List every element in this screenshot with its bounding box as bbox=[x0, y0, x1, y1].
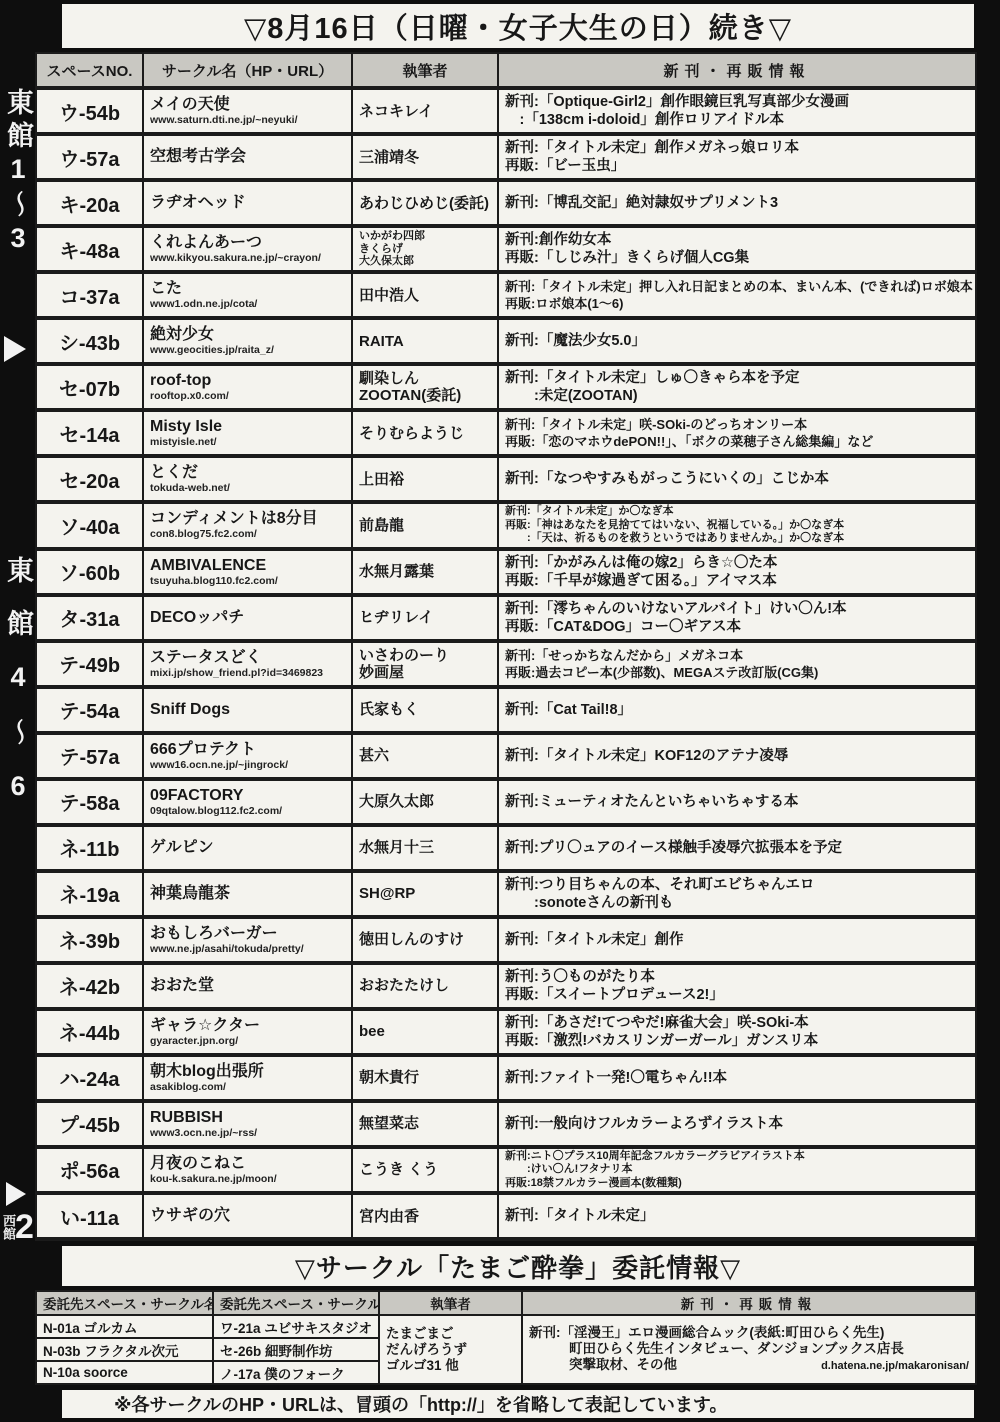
author-name: 無望菜志 bbox=[359, 1115, 491, 1132]
info-cell: 新刊:う〇ものがたり本再販:「スイートプロデュース2!」 bbox=[498, 963, 976, 1009]
table-row: い-11a ウサギの穴 宮内由香 新刊:「タイトル未定」 bbox=[36, 1193, 976, 1239]
circle-name: 09FACTORY bbox=[150, 787, 345, 805]
circle-url: mistyisle.net/ bbox=[150, 436, 345, 448]
author-name: 大久保太郎 bbox=[359, 255, 491, 268]
author-cell: 上田裕 bbox=[352, 456, 498, 502]
circle-name: ギャラ☆クター bbox=[150, 1017, 345, 1035]
header-cell-circle: サークル名（HP・URL） bbox=[143, 53, 352, 88]
table-row: ネ-42b おおた堂 おおたたけし 新刊:う〇ものがたり本再販:「スイートプロデ… bbox=[36, 963, 976, 1009]
author-name: ネコキレイ bbox=[359, 103, 491, 120]
space-no: セ-14a bbox=[36, 410, 143, 456]
header-cell-author: 執筆者 bbox=[352, 53, 498, 88]
circle-name: DECOッパチ bbox=[150, 609, 345, 627]
space-no: ソ-40a bbox=[36, 502, 143, 549]
info-line: 新刊:「タイトル未定」押し入れ日記まとめの本、まいん本、(できれば)ロボ娘本 bbox=[505, 278, 969, 295]
author-name: きくらげ bbox=[359, 243, 491, 256]
circle-name: ステータスどく bbox=[150, 649, 345, 667]
circle-name: こた bbox=[150, 280, 345, 298]
author-cell: RAITA bbox=[352, 318, 498, 364]
info-line: 新刊:ファイト一発!〇電ちゃん!!本 bbox=[505, 1069, 969, 1087]
circle-name: AMBIVALENCE bbox=[150, 557, 345, 575]
circle-cell: 月夜のこねこ kou-k.sakura.ne.jp/moon/ bbox=[143, 1147, 352, 1194]
circle-cell: Sniff Dogs bbox=[143, 687, 352, 733]
consign-info-cell: 新刊:「淫漫王」エロ漫画総合ムック(表紙:町田ひらく先生) 町田ひらく先生インタ… bbox=[522, 1315, 976, 1384]
west-hall-number: 2 bbox=[15, 1210, 34, 1244]
circle-name: メイの天使 bbox=[150, 96, 345, 114]
info-cell: 新刊:「博乱交記」絶対隷奴サプリメント3 bbox=[498, 180, 976, 226]
info-line: 新刊:「かがみんは俺の嫁2」らき☆〇た本 bbox=[505, 554, 969, 572]
author-name: 馴染しん bbox=[359, 370, 491, 387]
table-row: ハ-24a 朝木blog出張所 asakiblog.com/ 朝木貴行 新刊:フ… bbox=[36, 1055, 976, 1101]
circle-name: Misty Isle bbox=[150, 418, 345, 436]
space-no: ソ-60b bbox=[36, 549, 143, 595]
space-no: キ-20a bbox=[36, 180, 143, 226]
space-no: テ-49b bbox=[36, 641, 143, 687]
info-cell: 新刊:ファイト一発!〇電ちゃん!!本 bbox=[498, 1055, 976, 1101]
info-line: 新刊:「せっかちなんだから」メガネコ本 bbox=[505, 647, 969, 664]
info-cell: 新刊:「タイトル未定」しゅ〇きゃら本を予定 :未定(ZOOTAN) bbox=[498, 364, 976, 410]
info-line: 新刊:一般向けフルカラーよろずイラスト本 bbox=[505, 1115, 969, 1133]
circle-name: Sniff Dogs bbox=[150, 701, 345, 719]
space-no: セ-20a bbox=[36, 456, 143, 502]
header-cell-info: 新刊・再販情報 bbox=[498, 53, 976, 88]
table-row: セ-07b roof-top rooftop.x0.com/ 馴染しんZOOTA… bbox=[36, 364, 976, 410]
author-name: 水無月露葉 bbox=[359, 563, 491, 580]
circle-url: www16.ocn.ne.jp/~jingrock/ bbox=[150, 759, 345, 771]
header-cell-consign-info: 新刊・再販情報 bbox=[522, 1291, 976, 1315]
table-row: ネ-39b おもしろバーガー www.ne.jp/asahi/tokuda/pr… bbox=[36, 917, 976, 963]
info-line: 再販:「スイートプロデュース2!」 bbox=[505, 986, 969, 1004]
circle-cell: メイの天使 www.saturn.dti.ne.jp/~neyuki/ bbox=[143, 88, 352, 134]
circle-name: ウサギの穴 bbox=[150, 1207, 345, 1225]
author-cell: 水無月露葉 bbox=[352, 549, 498, 595]
author-cell: 徳田しんのすけ bbox=[352, 917, 498, 963]
space-no: ネ-19a bbox=[36, 871, 143, 917]
circle-name: 神葉烏龍茶 bbox=[150, 885, 345, 903]
circle-url: www.saturn.dti.ne.jp/~neyuki/ bbox=[150, 114, 345, 126]
info-line: 新刊:「魔法少女5.0」 bbox=[505, 332, 969, 350]
sidebar-west-hall-2-label: 西館 2 bbox=[1, 1210, 34, 1244]
table-row: セ-14a Misty Isle mistyisle.net/ そりむらようじ … bbox=[36, 410, 976, 456]
author-cell: 朝木貴行 bbox=[352, 1055, 498, 1101]
info-line: 再販:「神はあなたを見捨ててはいない、祝福している。」か〇なぎ本 bbox=[505, 519, 969, 533]
author-cell: いかがわ四郎きくらげ大久保太郎 bbox=[352, 226, 498, 272]
circle-cell: roof-top rooftop.x0.com/ bbox=[143, 364, 352, 410]
space-no: ポ-56a bbox=[36, 1147, 143, 1194]
author-name: 氏家もく bbox=[359, 701, 491, 718]
author-name: SH@RP bbox=[359, 885, 491, 902]
circle-url: tsuyuha.blog110.fc2.com/ bbox=[150, 575, 345, 587]
info-cell: 新刊:創作幼女本再販:「しじみ汁」きくらげ個人CG集 bbox=[498, 226, 976, 272]
info-line: 新刊:「Cat Tail!8」 bbox=[505, 701, 969, 719]
table-row: テ-58a 09FACTORY 09qtalow.blog112.fc2.com… bbox=[36, 779, 976, 825]
circle-cell: Misty Isle mistyisle.net/ bbox=[143, 410, 352, 456]
table-row: テ-54a Sniff Dogs 氏家もく 新刊:「Cat Tail!8」 bbox=[36, 687, 976, 733]
author-cell: 甚六 bbox=[352, 733, 498, 779]
author-name: 上田裕 bbox=[359, 471, 491, 488]
info-cell: 新刊:「かがみんは俺の嫁2」らき☆〇た本再販:「千早が嫁過ぎて困る。」アイマス本 bbox=[498, 549, 976, 595]
info-cell: 新刊:「タイトル未定」か〇なぎ本再販:「神はあなたを見捨ててはいない、祝福してい… bbox=[498, 502, 976, 549]
table-row: シ-43b 絶対少女 www.geocities.jp/raita_z/ RAI… bbox=[36, 318, 976, 364]
space-no: ハ-24a bbox=[36, 1055, 143, 1101]
consign-space-circle: ワ-21a ユビサキスタジオ bbox=[213, 1315, 379, 1338]
info-line: 再販:「恋のマホウdePON!!」、「ボクの菜穂子さん総集編」など bbox=[505, 433, 969, 450]
consign-space-circle: N-01a ゴルカム bbox=[36, 1315, 213, 1338]
author-name: 三浦靖冬 bbox=[359, 149, 491, 166]
info-cell: 新刊:「Optique-Girl2」創作眼鏡巨乳写真部少女漫画 :「138cm … bbox=[498, 88, 976, 134]
space-no: ネ-11b bbox=[36, 825, 143, 871]
info-line: :sonoteさんの新刊も bbox=[505, 894, 969, 912]
author-cell: 前島龍 bbox=[352, 502, 498, 549]
info-line: :けい〇ん!フタナリ本 bbox=[505, 1163, 969, 1177]
table-row: タ-31a DECOッパチ ヒヂリレイ 新刊:「澪ちゃんのいけないアルバイト」け… bbox=[36, 595, 976, 641]
info-line: 新刊:「なつやすみもがっこうにいくの」こじか本 bbox=[505, 470, 969, 488]
info-cell: 新刊:「なつやすみもがっこうにいくの」こじか本 bbox=[498, 456, 976, 502]
circle-cell: 666プロテクト www16.ocn.ne.jp/~jingrock/ bbox=[143, 733, 352, 779]
sidebar-east-hall-1-3-label: 東館1〜3 bbox=[1, 88, 35, 259]
info-line: 新刊:つり目ちゃんの本、それ町エビちゃんエロ bbox=[505, 876, 969, 894]
author-name: たまごまご bbox=[386, 1326, 515, 1342]
consign-space-circle: N-03b フラクタル次元 bbox=[36, 1338, 213, 1361]
author-name: RAITA bbox=[359, 333, 491, 350]
consign-table: 委託先スペース・サークル名 委託先スペース・サークル名 執筆者 新刊・再販情報 … bbox=[35, 1290, 977, 1385]
author-name: 水無月十三 bbox=[359, 839, 491, 856]
space-no: コ-37a bbox=[36, 272, 143, 318]
info-line: 再販:「CAT&DOG」コー〇ギアス本 bbox=[505, 618, 969, 636]
circle-cell: 朝木blog出張所 asakiblog.com/ bbox=[143, 1055, 352, 1101]
consign-title-strip: ▽サークル「たまご酔拳」委託情報▽ bbox=[62, 1246, 974, 1286]
info-line: :「138cm i-doloid」創作ロリアイドル本 bbox=[505, 111, 969, 129]
table-row: ウ-54b メイの天使 www.saturn.dti.ne.jp/~neyuki… bbox=[36, 88, 976, 134]
info-line: 町田ひらく先生インタビュー、ダンジョンブックス店長 bbox=[529, 1341, 969, 1357]
circle-cell: ラヂオヘッド bbox=[143, 180, 352, 226]
circle-name: とくだ bbox=[150, 464, 345, 482]
info-line: 新刊:「タイトル未定」創作 bbox=[505, 931, 969, 949]
west-hall-chars: 西館 bbox=[1, 1214, 15, 1240]
circle-url: con8.blog75.fc2.com/ bbox=[150, 528, 345, 540]
info-cell: 新刊:ニト〇プラス10周年記念フルカラーグラビアイラスト本 :けい〇ん!フタナリ… bbox=[498, 1147, 976, 1194]
circle-name: くれよんあーつ bbox=[150, 234, 345, 252]
author-name: こうき くう bbox=[359, 1161, 491, 1178]
circle-name: おおた堂 bbox=[150, 977, 345, 995]
author-name: 田中浩人 bbox=[359, 287, 491, 304]
consign-space-circle: N-10a soorce bbox=[36, 1361, 213, 1384]
circle-cell: くれよんあーつ www.kikyou.sakura.ne.jp/~crayon/ bbox=[143, 226, 352, 272]
circle-cell: 09FACTORY 09qtalow.blog112.fc2.com/ bbox=[143, 779, 352, 825]
info-line: 再販:「しじみ汁」きくらげ個人CG集 bbox=[505, 249, 969, 267]
author-name: そりむらようじ bbox=[359, 425, 491, 442]
consign-space-circle: セ-26b 細野制作坊 bbox=[213, 1338, 379, 1361]
circle-name: コンディメントは8分目 bbox=[150, 510, 345, 528]
circle-cell: ステータスどく mixi.jp/show_friend.pl?id=346982… bbox=[143, 641, 352, 687]
info-cell: 新刊:「タイトル未定」創作 bbox=[498, 917, 976, 963]
info-cell: 新刊:「タイトル未定」 bbox=[498, 1193, 976, 1239]
table-row: ネ-19a 神葉烏龍茶 SH@RP 新刊:つり目ちゃんの本、それ町エビちゃんエロ… bbox=[36, 871, 976, 917]
author-cell: ヒヂリレイ bbox=[352, 595, 498, 641]
author-name: ヒヂリレイ bbox=[359, 609, 491, 626]
info-cell: 新刊:ミューティオたんといちゃいちゃする本 bbox=[498, 779, 976, 825]
author-cell: 宮内由香 bbox=[352, 1193, 498, 1239]
space-no: テ-57a bbox=[36, 733, 143, 779]
info-line: :「天は、祈るものを救うというではありませんか。」か〇なぎ本 bbox=[505, 532, 969, 546]
circle-cell: おもしろバーガー www.ne.jp/asahi/tokuda/pretty/ bbox=[143, 917, 352, 963]
circle-cell: こた www1.odn.ne.jp/cota/ bbox=[143, 272, 352, 318]
info-cell: 新刊:「タイトル未定」押し入れ日記まとめの本、まいん本、(できれば)ロボ娘本再販… bbox=[498, 272, 976, 318]
author-cell: 田中浩人 bbox=[352, 272, 498, 318]
info-line: 新刊:「あさだ!てつやだ!麻雀大会」咲-SOki-本 bbox=[505, 1014, 969, 1032]
page-title-strip: ▽8月16日（日曜・女子大生の日）続き▽ bbox=[62, 4, 974, 48]
info-cell: 新刊:「魔法少女5.0」 bbox=[498, 318, 976, 364]
info-line: 新刊:「Optique-Girl2」創作眼鏡巨乳写真部少女漫画 bbox=[505, 93, 969, 111]
circle-url: www.ne.jp/asahi/tokuda/pretty/ bbox=[150, 943, 345, 955]
author-cell: 馴染しんZOOTAN(委託) bbox=[352, 364, 498, 410]
consign-header-row: 委託先スペース・サークル名 委託先スペース・サークル名 執筆者 新刊・再販情報 bbox=[36, 1291, 976, 1315]
page-title: ▽8月16日（日曜・女子大生の日）続き▽ bbox=[244, 6, 792, 47]
info-cell: 新刊:プリ〇ュアのイース様触手凌辱穴拡張本を予定 bbox=[498, 825, 976, 871]
author-name: だんげろうず bbox=[386, 1342, 515, 1358]
info-cell: 新刊:一般向けフルカラーよろずイラスト本 bbox=[498, 1101, 976, 1147]
circle-cell: 空想考古学会 bbox=[143, 134, 352, 180]
circle-url: kou-k.sakura.ne.jp/moon/ bbox=[150, 1173, 345, 1185]
author-name: いかがわ四郎 bbox=[359, 230, 491, 243]
consign-space-circle: ノ-17a 僕のフォーク bbox=[213, 1361, 379, 1384]
table-row: ソ-40a コンディメントは8分目 con8.blog75.fc2.com/ 前… bbox=[36, 502, 976, 549]
space-no: ネ-42b bbox=[36, 963, 143, 1009]
circle-cell: 絶対少女 www.geocities.jp/raita_z/ bbox=[143, 318, 352, 364]
circle-name: roof-top bbox=[150, 372, 345, 390]
info-cell: 新刊:「あさだ!てつやだ!麻雀大会」咲-SOki-本再販:「激烈!バカスリンガー… bbox=[498, 1009, 976, 1055]
author-name: 妙画屋 bbox=[359, 664, 491, 681]
circle-cell: DECOッパチ bbox=[143, 595, 352, 641]
space-no: プ-45b bbox=[36, 1101, 143, 1147]
header-cell-consign-space-1: 委託先スペース・サークル名 bbox=[36, 1291, 213, 1315]
info-line: 新刊:「タイトル未定」しゅ〇きゃら本を予定 bbox=[505, 369, 969, 387]
consign-url: d.hatena.ne.jp/makaronisan/ bbox=[821, 1358, 969, 1374]
info-line: 新刊:「タイトル未定」 bbox=[505, 1207, 969, 1225]
info-line: 新刊:う〇ものがたり本 bbox=[505, 968, 969, 986]
circle-url: www.kikyou.sakura.ne.jp/~crayon/ bbox=[150, 252, 345, 264]
info-line: 再販:過去コピー本(少部数)、MEGAステ改訂版(CG集) bbox=[505, 664, 969, 681]
info-line: 新刊:「タイトル未定」か〇なぎ本 bbox=[505, 505, 969, 519]
table-row: コ-37a こた www1.odn.ne.jp/cota/ 田中浩人 新刊:「タ… bbox=[36, 272, 976, 318]
circle-cell: ゲルピン bbox=[143, 825, 352, 871]
info-cell: 新刊:「タイトル未定」KOF12のアテナ凌辱 bbox=[498, 733, 976, 779]
circle-url: www.geocities.jp/raita_z/ bbox=[150, 344, 345, 356]
circle-url: tokuda-web.net/ bbox=[150, 482, 345, 494]
info-cell: 新刊:「Cat Tail!8」 bbox=[498, 687, 976, 733]
info-cell: 新刊:「せっかちなんだから」メガネコ本再販:過去コピー本(少部数)、MEGAステ… bbox=[498, 641, 976, 687]
consign-row: N-01a ゴルカム ワ-21a ユビサキスタジオ たまごまご だんげろうず ゴ… bbox=[36, 1315, 976, 1338]
circle-cell: AMBIVALENCE tsuyuha.blog110.fc2.com/ bbox=[143, 549, 352, 595]
info-line: 新刊:ミューティオたんといちゃいちゃする本 bbox=[505, 793, 969, 811]
author-name: 大原久太郎 bbox=[359, 793, 491, 810]
info-line: 再販:18禁フルカラー漫画本(数種類) bbox=[505, 1177, 969, 1191]
info-line: 突撃取材、その他 bbox=[529, 1357, 677, 1373]
table-row: セ-20a とくだ tokuda-web.net/ 上田裕 新刊:「なつやすみも… bbox=[36, 456, 976, 502]
footer-strip: ※各サークルのHP・URLは、冒頭の「http://」を省略して表記しています。 bbox=[62, 1390, 974, 1418]
author-cell: 氏家もく bbox=[352, 687, 498, 733]
consign-authors-cell: たまごまご だんげろうず ゴルゴ31 他 bbox=[379, 1315, 522, 1384]
author-name: ZOOTAN(委託) bbox=[359, 387, 491, 404]
right-arrow-icon bbox=[6, 1182, 26, 1206]
info-line: 新刊:「タイトル未定」創作メガネっ娘ロリ本 bbox=[505, 139, 969, 157]
info-line: 新刊:「澪ちゃんのいけないアルバイト」けい〇ん!本 bbox=[505, 600, 969, 618]
table-row: ウ-57a 空想考古学会 三浦靖冬 新刊:「タイトル未定」創作メガネっ娘ロリ本再… bbox=[36, 134, 976, 180]
header-cell-consign-author: 執筆者 bbox=[379, 1291, 522, 1315]
space-no: テ-54a bbox=[36, 687, 143, 733]
circle-cell: とくだ tokuda-web.net/ bbox=[143, 456, 352, 502]
author-cell: bee bbox=[352, 1009, 498, 1055]
sidebar-east-hall-4-6-label: 東館4〜6 bbox=[1, 556, 35, 827]
circle-url: gyaracter.jpn.org/ bbox=[150, 1035, 345, 1047]
info-line: 新刊:プリ〇ュアのイース様触手凌辱穴拡張本を予定 bbox=[505, 839, 969, 857]
info-cell: 新刊:つり目ちゃんの本、それ町エビちゃんエロ :sonoteさんの新刊も bbox=[498, 871, 976, 917]
info-line: :未定(ZOOTAN) bbox=[505, 387, 969, 405]
circle-url: rooftop.x0.com/ bbox=[150, 390, 345, 402]
author-name: 甚六 bbox=[359, 747, 491, 764]
table-row: キ-48a くれよんあーつ www.kikyou.sakura.ne.jp/~c… bbox=[36, 226, 976, 272]
circle-name: ゲルピン bbox=[150, 839, 345, 857]
author-name: 宮内由香 bbox=[359, 1208, 491, 1225]
table-row: ソ-60b AMBIVALENCE tsuyuha.blog110.fc2.co… bbox=[36, 549, 976, 595]
info-line: 新刊:「淫漫王」エロ漫画総合ムック(表紙:町田ひらく先生) bbox=[529, 1325, 969, 1341]
main-table: スペースNO. サークル名（HP・URL） 執筆者 新刊・再販情報 ウ-54b … bbox=[35, 52, 977, 1241]
info-line: 再販:ロボ娘本(1〜6) bbox=[505, 295, 969, 312]
space-no: セ-07b bbox=[36, 364, 143, 410]
main-table-header-row: スペースNO. サークル名（HP・URL） 執筆者 新刊・再販情報 bbox=[36, 53, 976, 88]
space-no: い-11a bbox=[36, 1193, 143, 1239]
table-row: プ-45b RUBBISH www3.ocn.ne.jp/~rss/ 無望菜志 … bbox=[36, 1101, 976, 1147]
info-line: 新刊:「タイトル未定」KOF12のアテナ凌辱 bbox=[505, 747, 969, 765]
info-line: 新刊:「博乱交記」絶対隷奴サプリメント3 bbox=[505, 194, 969, 212]
table-row: ポ-56a 月夜のこねこ kou-k.sakura.ne.jp/moon/ こう… bbox=[36, 1147, 976, 1194]
table-row: テ-49b ステータスどく mixi.jp/show_friend.pl?id=… bbox=[36, 641, 976, 687]
info-line: 新刊:「タイトル未定」咲-SOki-のどっちオンリー本 bbox=[505, 416, 969, 433]
circle-cell: コンディメントは8分目 con8.blog75.fc2.com/ bbox=[143, 502, 352, 549]
author-cell: ネコキレイ bbox=[352, 88, 498, 134]
table-row: キ-20a ラヂオヘッド あわじひめじ(委託) 新刊:「博乱交記」絶対隷奴サプリ… bbox=[36, 180, 976, 226]
circle-url: mixi.jp/show_friend.pl?id=3469823 bbox=[150, 667, 345, 679]
author-name: ゴルゴ31 他 bbox=[386, 1358, 515, 1374]
space-no: ネ-39b bbox=[36, 917, 143, 963]
circle-name: おもしろバーガー bbox=[150, 925, 345, 943]
consign-title: ▽サークル「たまご酔拳」委託情報▽ bbox=[295, 1248, 741, 1285]
space-no: テ-58a bbox=[36, 779, 143, 825]
author-cell: あわじひめじ(委託) bbox=[352, 180, 498, 226]
author-cell: SH@RP bbox=[352, 871, 498, 917]
info-cell: 新刊:「タイトル未定」創作メガネっ娘ロリ本再販:「ビー玉虫」 bbox=[498, 134, 976, 180]
author-cell: 水無月十三 bbox=[352, 825, 498, 871]
circle-url: www1.odn.ne.jp/cota/ bbox=[150, 298, 345, 310]
author-cell: 大原久太郎 bbox=[352, 779, 498, 825]
author-cell: 三浦靖冬 bbox=[352, 134, 498, 180]
circle-name: 月夜のこねこ bbox=[150, 1155, 345, 1173]
circle-cell: RUBBISH www3.ocn.ne.jp/~rss/ bbox=[143, 1101, 352, 1147]
table-row: ネ-11b ゲルピン 水無月十三 新刊:プリ〇ュアのイース様触手凌辱穴拡張本を予… bbox=[36, 825, 976, 871]
circle-cell: 神葉烏龍茶 bbox=[143, 871, 352, 917]
circle-cell: ウサギの穴 bbox=[143, 1193, 352, 1239]
info-line: 再販:「ビー玉虫」 bbox=[505, 157, 969, 175]
circle-cell: おおた堂 bbox=[143, 963, 352, 1009]
circle-name: 666プロテクト bbox=[150, 741, 345, 759]
circle-name: 朝木blog出張所 bbox=[150, 1063, 345, 1081]
space-no: シ-43b bbox=[36, 318, 143, 364]
info-line: 再販:「激烈!バカスリンガーガール」ガンスリ本 bbox=[505, 1032, 969, 1050]
right-arrow-icon bbox=[4, 336, 26, 362]
info-line: 新刊:創作幼女本 bbox=[505, 231, 969, 249]
circle-url: asakiblog.com/ bbox=[150, 1081, 345, 1093]
author-cell: こうき くう bbox=[352, 1147, 498, 1194]
circle-url: www3.ocn.ne.jp/~rss/ bbox=[150, 1127, 345, 1139]
author-cell: そりむらようじ bbox=[352, 410, 498, 456]
circle-name: 空想考古学会 bbox=[150, 148, 345, 166]
space-no: タ-31a bbox=[36, 595, 143, 641]
author-cell: いさわのーり妙画屋 bbox=[352, 641, 498, 687]
author-name: あわじひめじ(委託) bbox=[359, 195, 491, 212]
header-cell-consign-space-2: 委託先スペース・サークル名 bbox=[213, 1291, 379, 1315]
author-cell: おおたたけし bbox=[352, 963, 498, 1009]
author-name: 徳田しんのすけ bbox=[359, 931, 491, 948]
author-cell: 無望菜志 bbox=[352, 1101, 498, 1147]
info-line: 新刊:ニト〇プラス10周年記念フルカラーグラビアイラスト本 bbox=[505, 1150, 969, 1164]
table-row: テ-57a 666プロテクト www16.ocn.ne.jp/~jingrock… bbox=[36, 733, 976, 779]
info-cell: 新刊:「タイトル未定」咲-SOki-のどっちオンリー本再販:「恋のマホウdePO… bbox=[498, 410, 976, 456]
main-table-body: ウ-54b メイの天使 www.saturn.dti.ne.jp/~neyuki… bbox=[36, 88, 976, 1239]
circle-name: ラヂオヘッド bbox=[150, 194, 345, 212]
table-row: ネ-44b ギャラ☆クター gyaracter.jpn.org/ bee 新刊:… bbox=[36, 1009, 976, 1055]
space-no: キ-48a bbox=[36, 226, 143, 272]
space-no: ウ-57a bbox=[36, 134, 143, 180]
header-cell-space-no: スペースNO. bbox=[36, 53, 143, 88]
author-name: 朝木貴行 bbox=[359, 1069, 491, 1086]
info-cell: 新刊:「澪ちゃんのいけないアルバイト」けい〇ん!本再販:「CAT&DOG」コー〇… bbox=[498, 595, 976, 641]
space-no: ネ-44b bbox=[36, 1009, 143, 1055]
circle-url: 09qtalow.blog112.fc2.com/ bbox=[150, 805, 345, 817]
author-name: 前島龍 bbox=[359, 517, 491, 534]
author-name: おおたたけし bbox=[359, 977, 491, 994]
footer-note: ※各サークルのHP・URLは、冒頭の「http://」を省略して表記しています。 bbox=[62, 1391, 728, 1417]
author-name: bee bbox=[359, 1023, 491, 1040]
circle-cell: ギャラ☆クター gyaracter.jpn.org/ bbox=[143, 1009, 352, 1055]
info-line: 再販:「千早が嫁過ぎて困る。」アイマス本 bbox=[505, 572, 969, 590]
author-name: いさわのーり bbox=[359, 647, 491, 664]
circle-name: RUBBISH bbox=[150, 1109, 345, 1127]
circle-name: 絶対少女 bbox=[150, 326, 345, 344]
space-no: ウ-54b bbox=[36, 88, 143, 134]
